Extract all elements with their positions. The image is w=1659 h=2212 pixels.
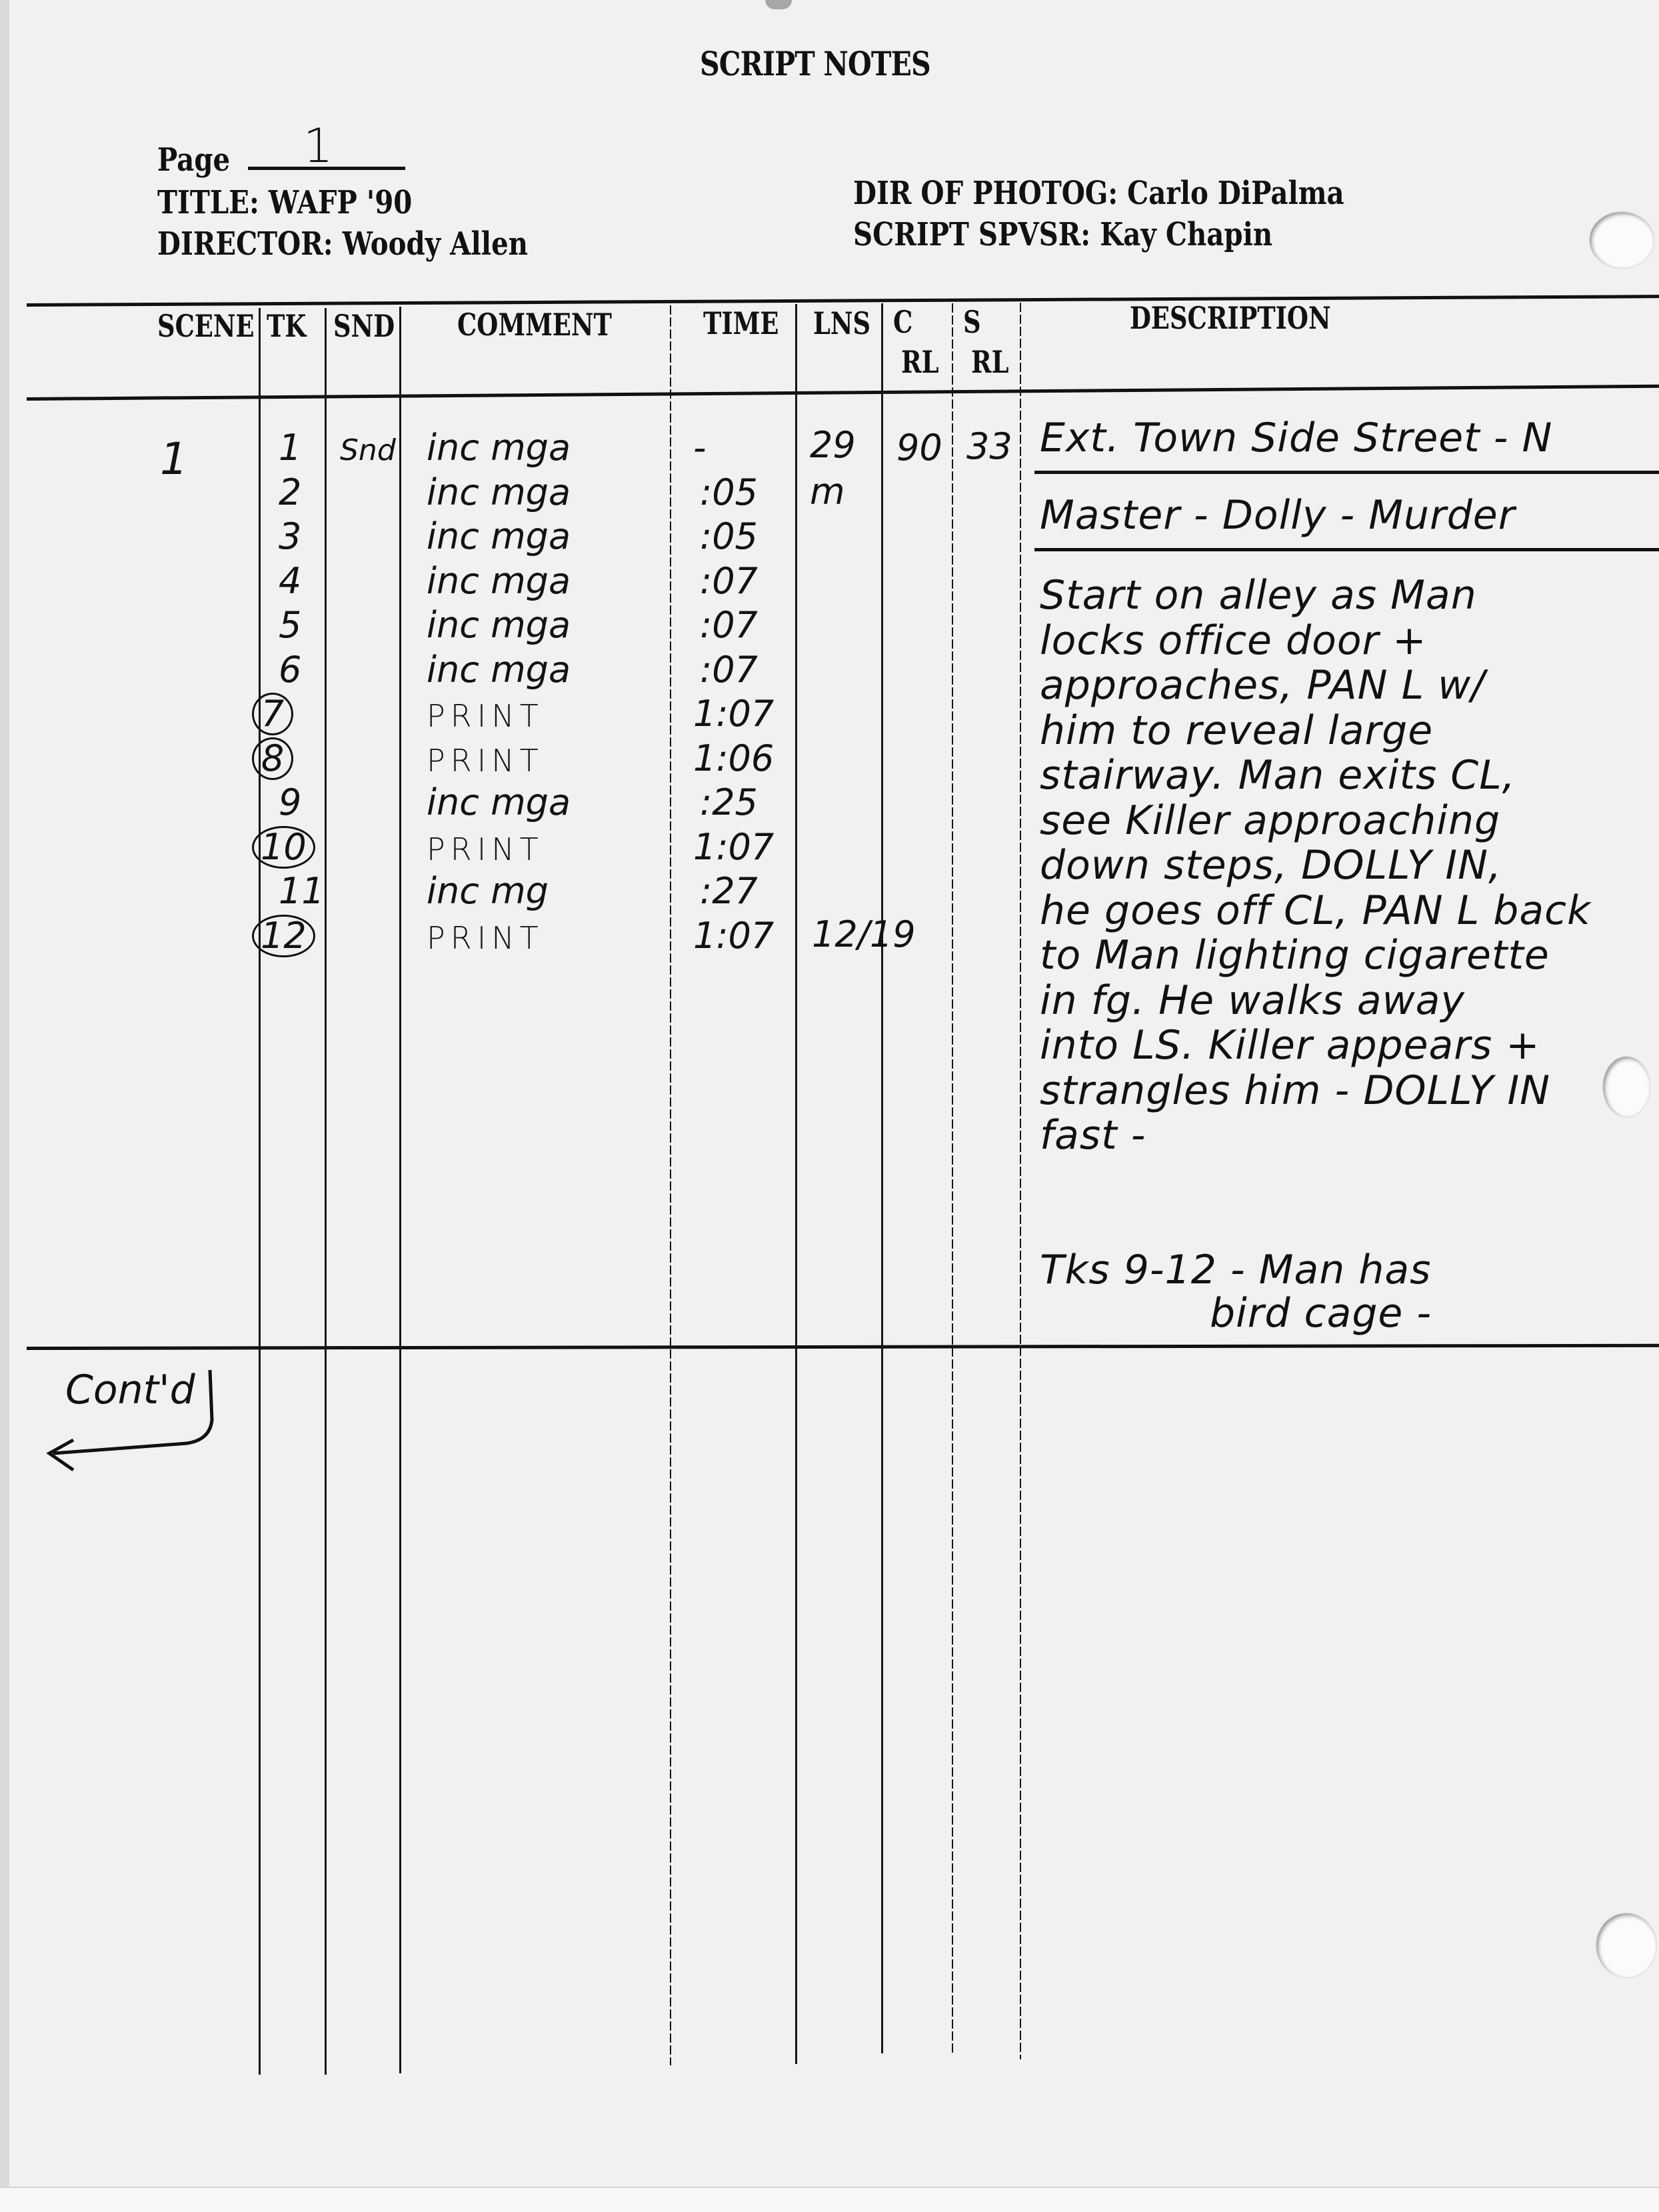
col-divider-snd-comment: [399, 307, 401, 2073]
scene-number: 1: [160, 433, 188, 485]
take-number: 10: [252, 826, 315, 869]
take-time: :07: [700, 649, 758, 691]
description-line: in fg. He walks away: [1040, 977, 1465, 1024]
col-divider-time-lns: [795, 304, 797, 2064]
sound-value: Snd: [340, 433, 396, 467]
dp-label: DIR OF PHOTOG:: [853, 175, 1118, 212]
take-number: 2: [279, 471, 301, 513]
take-comment: PRINT: [427, 920, 544, 956]
col-header-s-rl-bottom: RL: [971, 344, 1008, 380]
take-time: 1:07: [693, 693, 774, 735]
description-line: down steps, DOLLY IN,: [1040, 842, 1502, 889]
title-label: TITLE:: [157, 184, 259, 221]
take-time: :05: [700, 515, 758, 557]
take-number: 9: [279, 781, 301, 823]
dp-field: DIR OF PHOTOG: Carlo DiPalma: [853, 175, 1344, 212]
take-comment: inc mga: [427, 781, 571, 823]
scan-bottom-edge: [0, 2187, 1659, 2212]
take-label: 11: [279, 870, 325, 912]
description-line: see Killer approaching: [1040, 797, 1500, 844]
description-note-line2: bird cage -: [1210, 1290, 1432, 1337]
take-number: 4: [279, 560, 301, 602]
s-rl-value: 33: [966, 425, 1012, 467]
col-header-c-rl-bottom: RL: [901, 344, 938, 380]
col-header-s-rl-top: S: [963, 304, 981, 340]
take-time: 1:06: [693, 737, 774, 779]
take-time: :07: [700, 560, 758, 602]
title-field: TITLE: WAFP '90: [157, 184, 412, 221]
take-label: 6: [279, 649, 301, 691]
title-value: WAFP '90: [269, 184, 412, 221]
scan-edge: [0, 0, 9, 2212]
take-label: 1: [279, 427, 301, 469]
col-header-time: TIME: [703, 305, 779, 341]
col-header-description: DESCRIPTION: [1130, 300, 1331, 336]
take-number: 3: [279, 515, 301, 557]
description-line: fast -: [1040, 1112, 1146, 1159]
take-time: :25: [700, 781, 758, 823]
description-line: to Man lighting cigarette: [1040, 932, 1550, 979]
director-label: DIRECTOR:: [157, 225, 333, 263]
col-header-comment: COMMENT: [457, 307, 612, 343]
c-rl-value: 90: [896, 427, 942, 469]
take-number: 8: [252, 737, 293, 780]
continued-arrow-icon: [40, 1347, 227, 1473]
lns-bottom: 12/19: [812, 913, 916, 955]
circled-take: 10: [252, 826, 315, 869]
col-header-snd: SND: [333, 308, 395, 344]
dp-value: Carlo DiPalma: [1127, 175, 1344, 212]
take-label: 9: [279, 781, 301, 823]
take-comment: inc mga: [427, 604, 571, 646]
take-time: :27: [700, 870, 758, 912]
description-line: strangles him - DOLLY IN: [1040, 1067, 1550, 1114]
col-header-scene: SCENE: [157, 308, 255, 344]
col-divider-srl-desc: [1020, 303, 1021, 2059]
take-number: 7: [252, 693, 293, 735]
take-label: 5: [279, 604, 301, 646]
take-number: 6: [279, 649, 301, 691]
circled-take: 12: [252, 915, 315, 957]
description-subheading: Master - Dolly - Murder: [1040, 492, 1515, 539]
supervisor-field: SCRIPT SPVSR: Kay Chapin: [853, 216, 1272, 253]
description-line: into LS. Killer appears +: [1040, 1022, 1540, 1069]
col-divider-scene-tk: [259, 308, 261, 2075]
col-header-lns: LNS: [813, 305, 870, 341]
supervisor-value: Kay Chapin: [1100, 216, 1272, 253]
col-divider-comment-time: [670, 305, 671, 2065]
circled-take: 8: [252, 737, 293, 780]
take-time: :05: [700, 471, 758, 513]
take-comment: inc mga: [427, 427, 571, 469]
lns-top: 29: [810, 424, 856, 466]
take-time: :07: [700, 604, 758, 646]
supervisor-label: SCRIPT SPVSR:: [853, 216, 1090, 253]
take-number: 11: [279, 870, 325, 912]
col-divider-crl-srl: [952, 303, 953, 2053]
take-comment: inc mga: [427, 471, 571, 513]
take-comment: PRINT: [427, 831, 544, 867]
take-comment: inc mga: [427, 515, 571, 557]
description-line: stairway. Man exits CL,: [1040, 752, 1516, 799]
description-line: him to reveal large: [1040, 707, 1433, 754]
take-comment: inc mga: [427, 560, 571, 602]
hole-punch-middle: [1603, 1057, 1650, 1117]
description-line: Start on alley as Man: [1040, 572, 1477, 619]
take-time: 1:07: [693, 915, 774, 957]
director-value: Woody Allen: [343, 225, 528, 263]
description-heading: Ext. Town Side Street - N: [1040, 415, 1552, 461]
description-line: locks office door +: [1040, 617, 1427, 664]
director-field: DIRECTOR: Woody Allen: [157, 225, 528, 263]
take-time: 1:07: [693, 826, 774, 868]
take-number: 12: [252, 915, 315, 957]
hole-punch-top: [1590, 212, 1654, 268]
take-comment: inc mga: [427, 649, 571, 691]
description-note-line1: Tks 9-12 - Man has: [1040, 1247, 1431, 1293]
take-label: 4: [279, 560, 301, 602]
col-divider-tk-snd: [325, 308, 327, 2075]
circled-take: 7: [252, 693, 293, 735]
col-header-c-rl-top: C: [893, 304, 912, 340]
lns-sub: m: [810, 471, 845, 513]
take-number: 5: [279, 604, 301, 646]
description-line: he goes off CL, PAN L back: [1040, 887, 1591, 934]
col-divider-lns-crl: [881, 303, 883, 2053]
document-title: SCRIPT NOTES: [700, 44, 930, 83]
heading-underline: [1034, 471, 1659, 474]
take-number: 1: [279, 427, 301, 469]
take-label: 3: [279, 515, 301, 557]
take-comment: PRINT: [427, 743, 544, 779]
subheading-underline: [1034, 548, 1659, 551]
take-comment: inc mg: [427, 870, 549, 912]
col-header-tk: TK: [267, 308, 306, 344]
take-label: 2: [279, 471, 301, 513]
description-line: approaches, PAN L w/: [1040, 662, 1485, 709]
page-number: 1: [303, 119, 333, 173]
take-comment: PRINT: [427, 698, 544, 734]
hole-punch-bottom: [1596, 1913, 1656, 1977]
take-time: -: [693, 427, 707, 469]
page-label: Page: [157, 141, 230, 179]
